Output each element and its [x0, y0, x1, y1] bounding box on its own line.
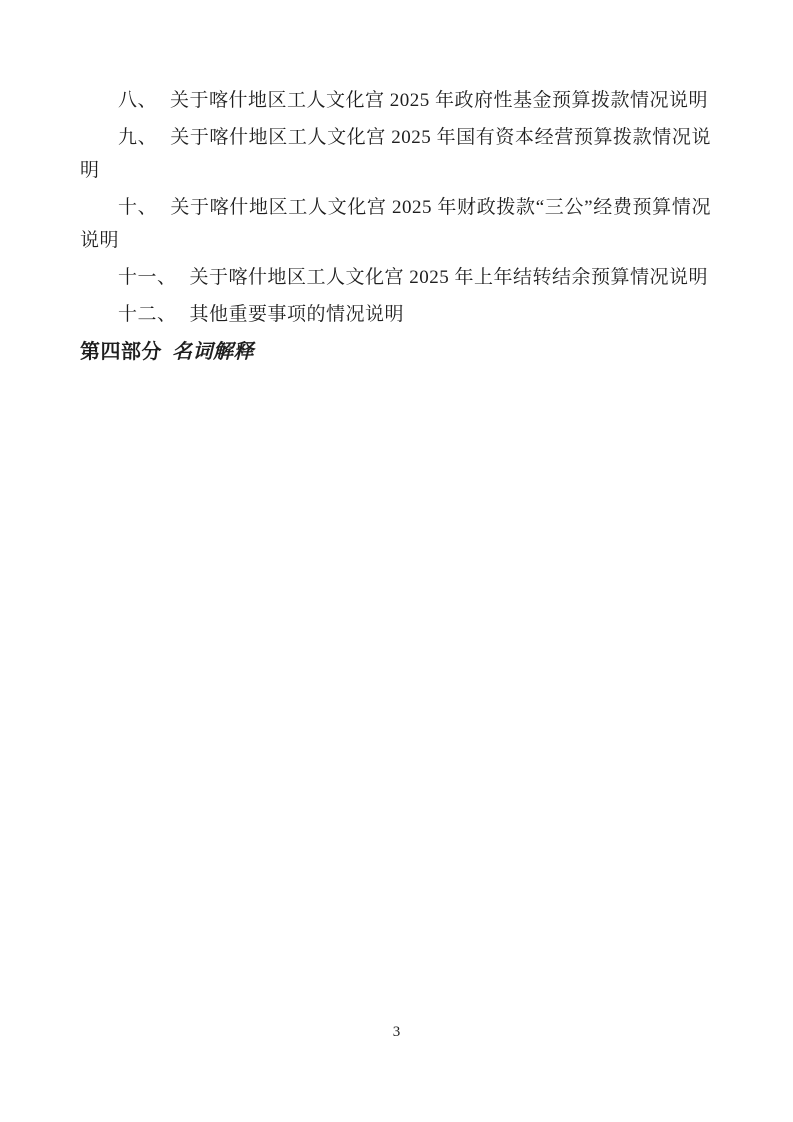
toc-item-9-number: 九、 [118, 127, 157, 148]
toc-item-12-text: 其他重要事项的情况说明 [190, 304, 405, 325]
toc-item-8-number: 八、 [118, 90, 157, 111]
toc-item-10-number: 十、 [118, 197, 157, 218]
toc-item-11-text: 关于喀什地区工人文化宫 2025 年上年结转结余预算情况说明 [190, 267, 709, 288]
toc-section: 八、关于喀什地区工人文化宫 2025 年政府性基金预算拨款情况说明 九、关于喀什… [80, 84, 711, 369]
toc-item-12-number: 十二、 [118, 304, 177, 325]
document-page: 八、关于喀什地区工人文化宫 2025 年政府性基金预算拨款情况说明 九、关于喀什… [0, 0, 793, 1122]
section-heading: 第四部分名词解释 [80, 335, 711, 369]
toc-item-8-text: 关于喀什地区工人文化宫 2025 年政府性基金预算拨款情况说明 [170, 90, 708, 111]
toc-item-11-number: 十一、 [118, 267, 177, 288]
toc-item-9: 九、关于喀什地区工人文化宫 2025 年国有资本经营预算拨款情况说明 [80, 121, 711, 187]
toc-item-11: 十一、关于喀什地区工人文化宫 2025 年上年结转结余预算情况说明 [80, 261, 711, 294]
page-number: 3 [393, 1024, 401, 1040]
toc-item-12: 十二、其他重要事项的情况说明 [80, 298, 711, 331]
section-heading-title: 名词解释 [172, 341, 254, 363]
toc-item-8: 八、关于喀什地区工人文化宫 2025 年政府性基金预算拨款情况说明 [80, 84, 711, 117]
section-heading-part: 第四部分 [80, 341, 162, 363]
toc-item-9-text: 关于喀什地区工人文化宫 2025 年国有资本经营预算拨款情况说明 [80, 127, 711, 181]
page-footer: 3 [0, 1022, 793, 1042]
toc-item-10: 十、关于喀什地区工人文化宫 2025 年财政拨款“三公”经费预算情况说明 [80, 191, 711, 257]
toc-item-10-text: 关于喀什地区工人文化宫 2025 年财政拨款“三公”经费预算情况说明 [80, 197, 711, 251]
